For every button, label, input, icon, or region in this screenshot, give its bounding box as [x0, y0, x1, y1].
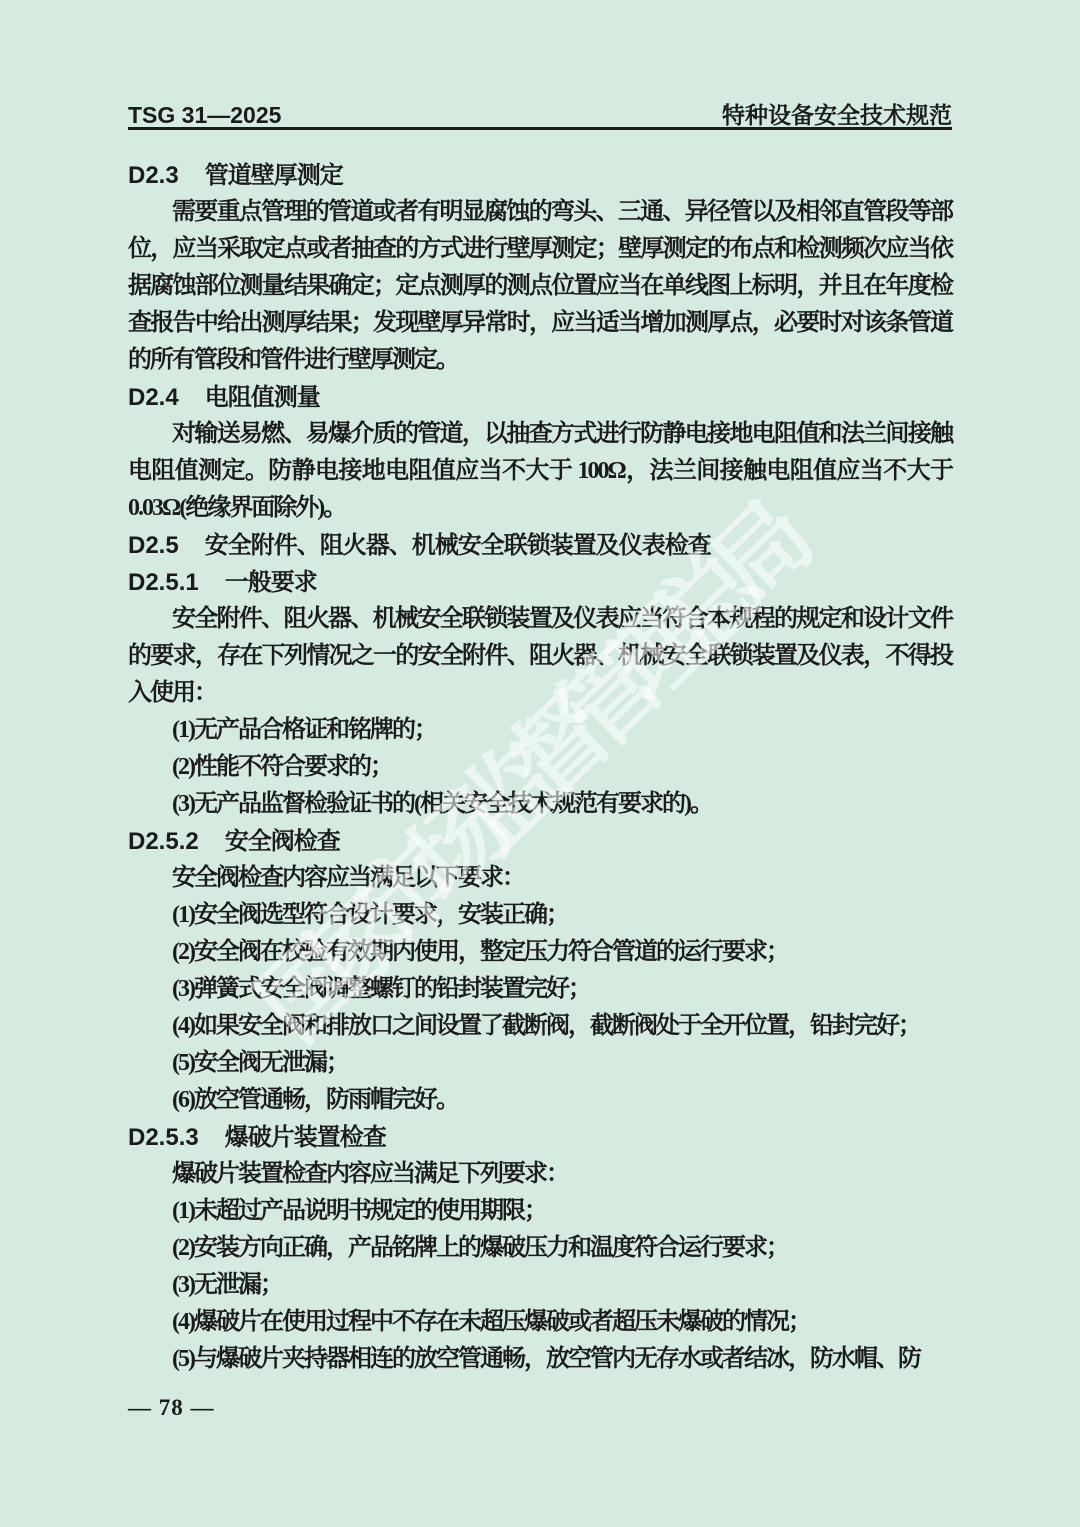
- list-item: (2)性能不符合要求的；: [172, 749, 952, 786]
- page-number: — 78 —: [128, 1395, 215, 1421]
- list-item: (3)无泄漏；: [172, 1267, 952, 1304]
- heading-title: 管道壁厚测定: [205, 162, 343, 189]
- heading-title: 一般要求: [225, 569, 317, 596]
- list-item: (1)未超过产品说明书规定的使用期限；: [172, 1193, 952, 1230]
- heading-number: D2.4: [128, 384, 179, 411]
- heading-number: D2.5.2: [128, 828, 199, 855]
- heading-number: D2.3: [128, 162, 179, 189]
- heading-title: 爆破片装置检查: [225, 1124, 386, 1151]
- body-paragraph: 需要重点管理的管道或者有明显腐蚀的弯头、三通、异径管以及相邻直管段等部位，应当采…: [128, 194, 952, 379]
- intro-line: 安全阀检查内容应当满足以下要求：: [172, 860, 952, 897]
- section-heading: D2.5.2安全阀检查: [128, 823, 952, 860]
- heading-title: 电阻值测量: [205, 384, 320, 411]
- list-item: (6)放空管通畅，防雨帽完好。: [172, 1082, 952, 1119]
- body-paragraph: 对输送易燃、易爆介质的管道，以抽查方式进行防静电接地电阻值和法兰间接触电阻值测定…: [128, 416, 952, 527]
- heading-title: 安全阀检查: [225, 828, 340, 855]
- heading-number: D2.5.1: [128, 569, 199, 596]
- heading-number: D2.5.3: [128, 1124, 199, 1151]
- list-item: (4)如果安全阀和排放口之间设置了截断阀，截断阀处于全开位置，铅封完好；: [172, 1008, 952, 1045]
- list-item: (5)与爆破片夹持器相连的放空管通畅，放空管内无存水或者结冰，防水帽、防: [172, 1341, 952, 1378]
- section-heading: D2.5.1一般要求: [128, 564, 952, 601]
- document-body: D2.3管道壁厚测定 需要重点管理的管道或者有明显腐蚀的弯头、三通、异径管以及相…: [128, 157, 952, 1378]
- list-item: (2)安全阀在校验有效期内使用，整定压力符合管道的运行要求；: [172, 934, 952, 971]
- section-heading: D2.3管道壁厚测定: [128, 157, 952, 194]
- list-item: (2)安装方向正确，产品铭牌上的爆破压力和温度符合运行要求；: [172, 1230, 952, 1267]
- header-doc-code: TSG 31—2025: [128, 102, 281, 129]
- section-heading: D2.5安全附件、阻火器、机械安全联锁装置及仪表检查: [128, 527, 952, 564]
- page-header: TSG 31—2025 特种设备安全技术规范: [128, 97, 952, 130]
- header-rule: [128, 127, 952, 130]
- intro-line: 爆破片装置检查内容应当满足下列要求：: [172, 1156, 952, 1193]
- section-heading: D2.4电阻值测量: [128, 379, 952, 416]
- heading-number: D2.5: [128, 532, 179, 559]
- body-paragraph: 安全附件、阻火器、机械安全联锁装置及仪表应当符合本规程的规定和设计文件的要求，存…: [128, 601, 952, 712]
- list-item: (1)无产品合格证和铭牌的；: [172, 712, 952, 749]
- header-doc-title: 特种设备安全技术规范: [722, 97, 952, 130]
- list-item: (5)安全阀无泄漏；: [172, 1045, 952, 1082]
- list-item: (1)安全阀选型符合设计要求，安装正确；: [172, 897, 952, 934]
- heading-title: 安全附件、阻火器、机械安全联锁装置及仪表检查: [205, 532, 711, 559]
- list-item: (4)爆破片在使用过程中不存在未超压爆破或者超压未爆破的情况；: [172, 1304, 952, 1341]
- list-item: (3)弹簧式安全阀调整螺钉的铅封装置完好；: [172, 971, 952, 1008]
- list-item: (3)无产品监督检验证书的(相关安全技术规范有要求的)。: [172, 786, 952, 823]
- section-heading: D2.5.3爆破片装置检查: [128, 1119, 952, 1156]
- document-page: TSG 31—2025 特种设备安全技术规范 D2.3管道壁厚测定 需要重点管理…: [0, 0, 1080, 1527]
